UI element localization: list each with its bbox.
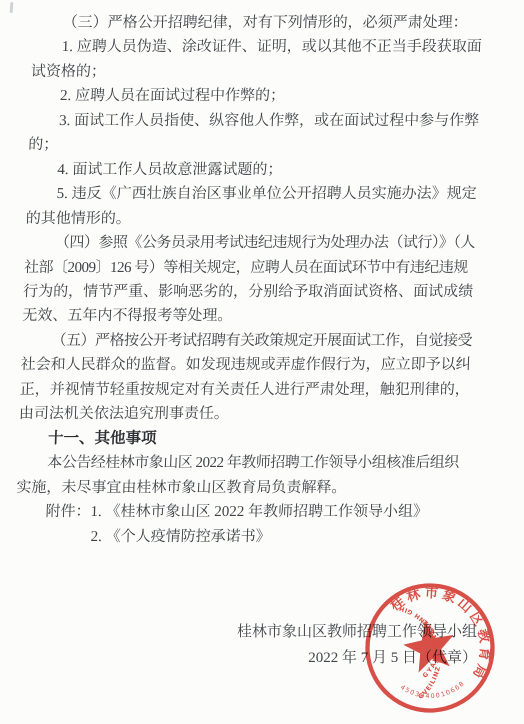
text-line: 附件：1. 《桂林市象山区 2022 年教师招聘工作领导小组》 <box>15 500 486 524</box>
text-line: 社部〔2009〕126 号）等相关规定，应聘人员在面试环节中有违纪违规 <box>24 256 495 280</box>
scan-artifact <box>10 2 14 13</box>
text-line: 3. 面试工作人员指使、纵容他人作弊，或在面试过程中参与作弊 <box>29 109 500 133</box>
text-line: 行为的，情节严重、影响恶劣的，分别给予取消面试资格、面试成绩 <box>23 280 494 304</box>
text-line: （三）严格公开招聘纪律，对有下列情形的，必须严肃处理： <box>32 11 503 35</box>
document-page: （三）严格公开招聘纪律，对有下列情形的，必须严肃处理：1. 应聘人员伪造、涂改证… <box>0 0 524 724</box>
signature-date: 2022 年 7 月 5 日（代章） <box>237 646 477 672</box>
text-line: 正，并视情节轻重按规定对有关责任人进行严肃处理，触犯刑律的， <box>19 378 490 402</box>
text-line: 试资格的； <box>30 60 501 84</box>
text-line: （四）参照《公务员录用考试违纪违规行为处理办法（试行）》（人 <box>24 231 495 255</box>
text-line: 1. 应聘人员伪造、涂改证件、证明，或以其他不正当手段获取面 <box>31 35 502 59</box>
signature-org: 桂林市象山区教师招聘工作领导小组 <box>237 620 477 646</box>
text-line: 本公告经桂林市象山区 2022 年教师招聘工作领导小组核准后组织 <box>17 451 488 475</box>
text-line: 2. 《个人疫情防控承诺书》 <box>14 525 485 549</box>
text-line: 无效、五年内不得报考等处理。 <box>22 304 493 328</box>
text-line: 5. 违反《广西壮族自治区事业单位公开招聘人员实施办法》规定 <box>26 182 497 206</box>
text-line: 由司法机关依法追究刑事责任。 <box>18 402 489 426</box>
signature-block: 桂林市象山区教师招聘工作领导小组 2022 年 7 月 5 日（代章） <box>237 620 477 671</box>
text-line: 十一、其他事项 <box>18 427 489 451</box>
text-line: （五）严格按公开考试招聘有关政策规定开展面试工作，自觉接受 <box>21 329 492 353</box>
document-body: （三）严格公开招聘纪律，对有下列情形的，必须严肃处理：1. 应聘人员伪造、涂改证… <box>14 11 503 549</box>
seal-serial-number: 4503040010668 <box>398 679 467 703</box>
text-line: 2. 应聘人员在面试过程中作弊的； <box>30 84 501 108</box>
text-line: 社会和人民群众的监督。如发现违规或弄虚作假行为，应立即予以纠 <box>20 353 491 377</box>
text-line: 的； <box>28 133 499 157</box>
text-line: 4. 面试工作人员故意泄露试题的； <box>27 158 498 182</box>
text-line: 的其他情形的。 <box>25 207 496 231</box>
svg-text:4503040010668: 4503040010668 <box>398 679 467 703</box>
text-line: 实施，未尽事宜由桂林市象山区教育局负责解释。 <box>16 476 487 500</box>
